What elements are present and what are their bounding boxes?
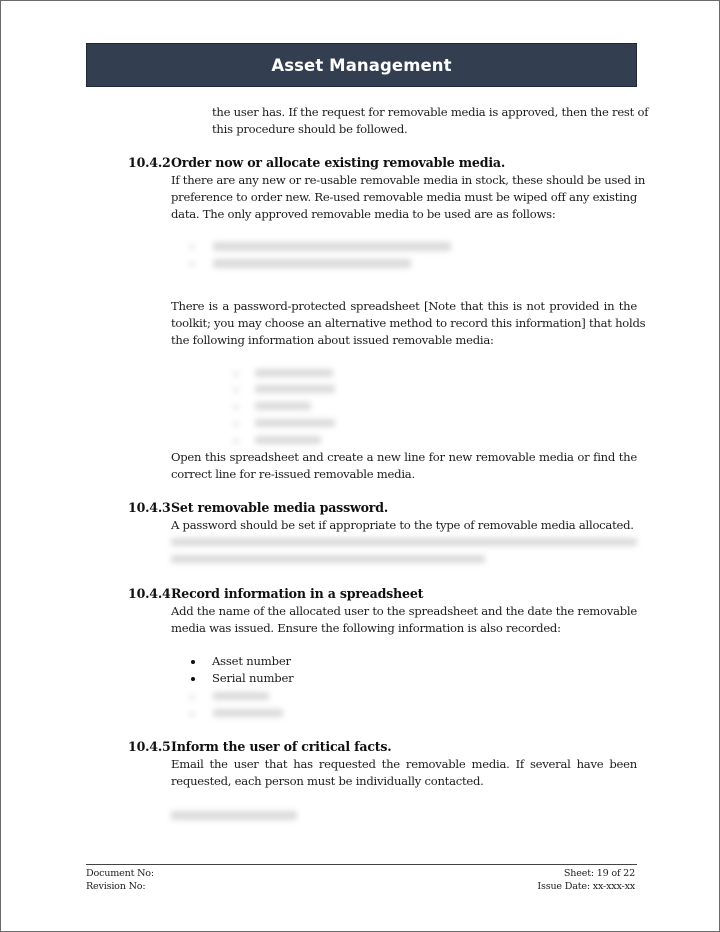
bullet-icon [191, 660, 195, 664]
recorded-info-list: Asset number Serial number [188, 653, 294, 687]
footer-left: Document No: Revision No: [86, 867, 154, 893]
header-title: Asset Management [271, 56, 451, 75]
section-heading-10-4-3: 10.4.3Set removable media password. [128, 500, 388, 515]
section-10-4-4-paragraph-1: Add the name of the allocated user to th… [171, 603, 637, 637]
footer-divider [86, 864, 637, 865]
sheet-number: Sheet: 19 of 22 [537, 867, 635, 880]
header-banner: Asset Management [86, 43, 637, 87]
section-10-4-2-paragraph-2: There is a password-protected spreadshee… [171, 298, 637, 349]
list-item: Serial number [188, 670, 294, 687]
footer-right: Sheet: 19 of 22 Issue Date: xx-xxx-xx [537, 867, 635, 893]
intro-paragraph: the user has. If the request for removab… [212, 104, 637, 138]
section-10-4-2-paragraph-1: If there are any new or re-usable remova… [171, 172, 637, 223]
issue-date: Issue Date: xx-xxx-xx [537, 880, 635, 893]
section-10-4-5-paragraph-1: Email the user that has requested the re… [171, 756, 637, 790]
document-page: Asset Management the user has. If the re… [0, 0, 720, 932]
section-heading-10-4-5: 10.4.5Inform the user of critical facts. [128, 739, 391, 754]
bullet-icon [191, 677, 195, 681]
list-item: Asset number [188, 653, 294, 670]
section-heading-10-4-2: 10.4.2Order now or allocate existing rem… [128, 155, 505, 170]
document-no-label: Document No: [86, 867, 154, 880]
revision-no-label: Revision No: [86, 880, 154, 893]
section-heading-10-4-4: 10.4.4Record information in a spreadshee… [128, 586, 423, 601]
section-10-4-3-paragraph-1: A password should be set if appropriate … [171, 517, 637, 534]
section-10-4-2-paragraph-3: Open this spreadsheet and create a new l… [171, 449, 637, 483]
